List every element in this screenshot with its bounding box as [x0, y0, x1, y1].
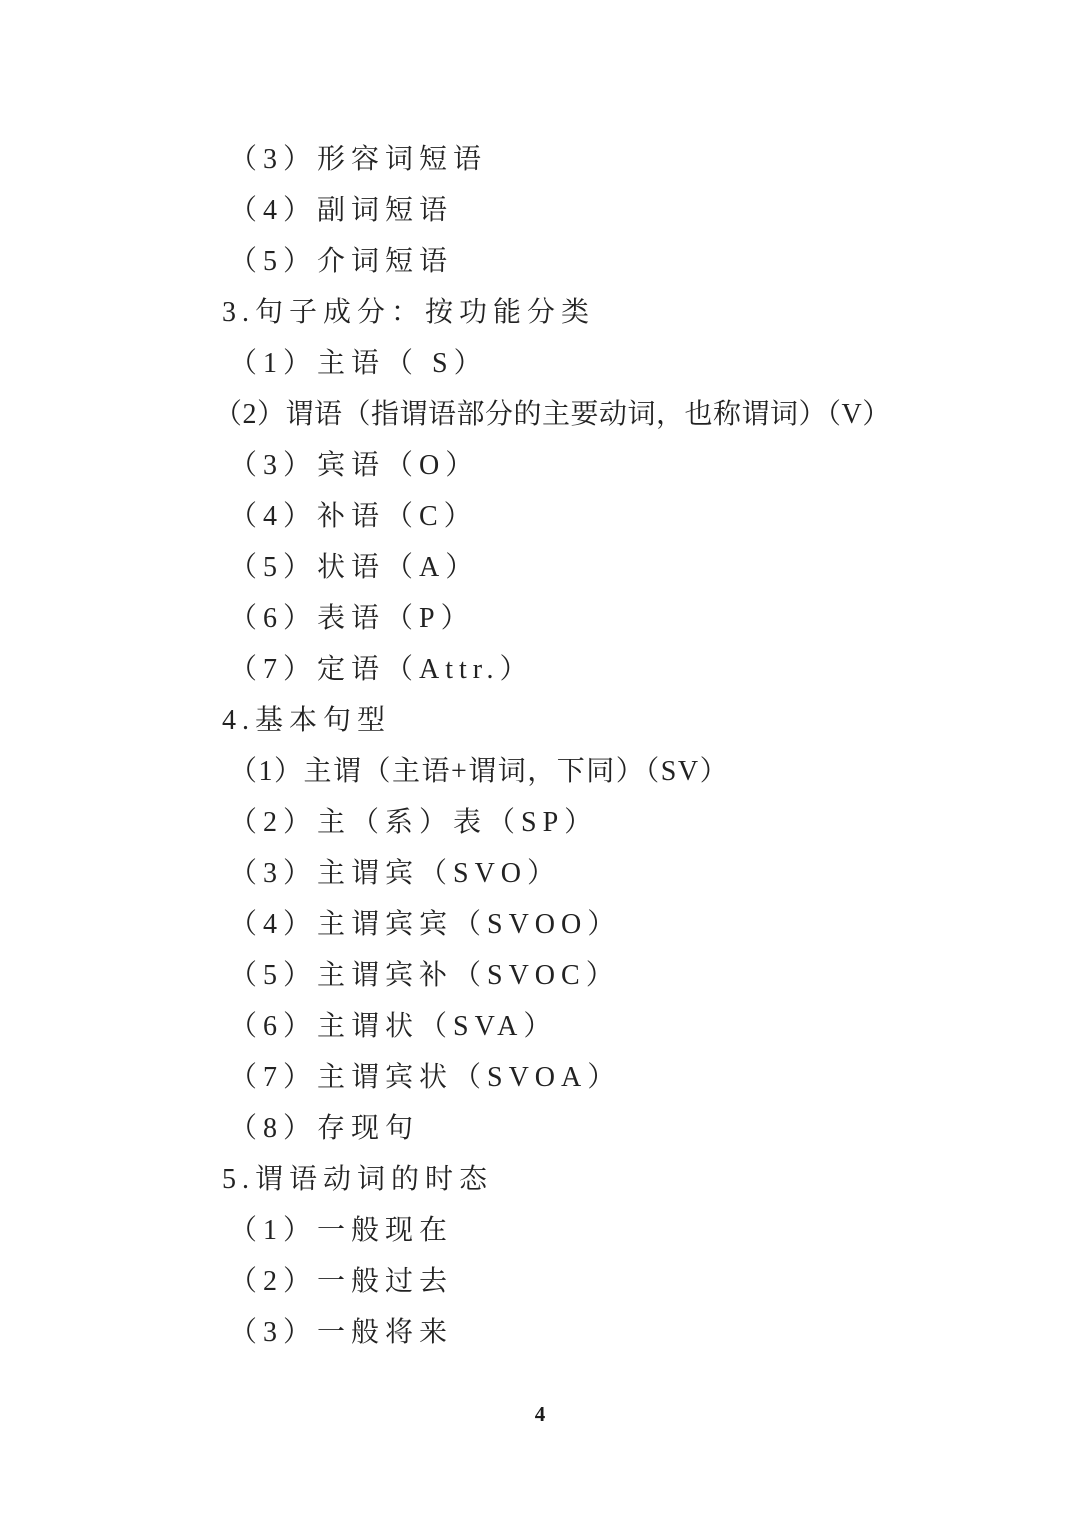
- line-text: （2）谓语（指谓语部分的主要动词，也称谓词）（V）: [214, 392, 891, 432]
- document-line: 5.谓语动词的时态: [0, 1151, 1080, 1202]
- line-text: （4）补语（C）: [229, 494, 478, 534]
- line-text: （3）形容词短语: [229, 137, 487, 177]
- line-text: （7）主谓宾状（SVOA）: [229, 1055, 621, 1095]
- line-text: （4）主谓宾宾（SVOO）: [229, 902, 621, 942]
- document-line: （7）主谓宾状（SVOA）: [0, 1049, 1080, 1100]
- document-line: （4）副词短语: [0, 182, 1080, 233]
- document-line: （1）主谓（主语+谓词，下同）（SV）: [0, 743, 1080, 794]
- line-text: （5）主谓宾补（SVOC）: [229, 953, 620, 993]
- line-text: （2）主（系）表（SP）: [229, 800, 598, 840]
- document-line: （3）形容词短语: [0, 131, 1080, 182]
- line-text: （7）定语（Attr.）: [229, 647, 534, 687]
- document-line: （6）表语（P）: [0, 590, 1080, 641]
- line-text: （1）一般现在: [229, 1208, 453, 1248]
- line-text: 3.句子成分：按功能分类: [222, 290, 595, 330]
- line-text: （6）主谓状（SVA）: [229, 1004, 557, 1044]
- line-text: （6）表语（P）: [229, 596, 475, 636]
- line-text: （3）宾语（O）: [229, 443, 479, 483]
- page-footer: 4: [0, 1402, 1080, 1427]
- document-line: （7）定语（Attr.）: [0, 641, 1080, 692]
- document-line: （3）宾语（O）: [0, 437, 1080, 488]
- document-line: （4）补语（C）: [0, 488, 1080, 539]
- document-page: （3）形容词短语（4）副词短语（5）介词短语3.句子成分：按功能分类（1）主语（…: [0, 0, 1080, 1527]
- document-line: （5）介词短语: [0, 233, 1080, 284]
- document-line: 3.句子成分：按功能分类: [0, 284, 1080, 335]
- document-line: （2）主（系）表（SP）: [0, 794, 1080, 845]
- document-line: （2）谓语（指谓语部分的主要动词，也称谓词）（V）: [0, 386, 1080, 437]
- document-line: 4.基本句型: [0, 692, 1080, 743]
- line-text: 5.谓语动词的时态: [222, 1157, 493, 1197]
- document-line: （1）主语（ S）: [0, 335, 1080, 386]
- line-text: （5）介词短语: [229, 239, 453, 279]
- document-line: （5）主谓宾补（SVOC）: [0, 947, 1080, 998]
- document-line: （5）状语（A）: [0, 539, 1080, 590]
- line-text: （8）存现句: [229, 1106, 419, 1146]
- line-text: （4）副词短语: [229, 188, 453, 228]
- document-line: （8）存现句: [0, 1100, 1080, 1151]
- line-text: （1）主谓（主语+谓词，下同）（SV）: [229, 749, 729, 789]
- document-line: （2）一般过去: [0, 1253, 1080, 1304]
- document-line: （3）主谓宾（SVO）: [0, 845, 1080, 896]
- document-line: （3）一般将来: [0, 1304, 1080, 1355]
- document-line: （6）主谓状（SVA）: [0, 998, 1080, 1049]
- line-text: （2）一般过去: [229, 1259, 453, 1299]
- document-body: （3）形容词短语（4）副词短语（5）介词短语3.句子成分：按功能分类（1）主语（…: [0, 0, 1080, 1355]
- document-line: （1）一般现在: [0, 1202, 1080, 1253]
- line-text: （3）主谓宾（SVO）: [229, 851, 561, 891]
- document-line: （4）主谓宾宾（SVOO）: [0, 896, 1080, 947]
- line-text: （1）主语（ S）: [229, 341, 488, 381]
- line-text: （3）一般将来: [229, 1310, 453, 1350]
- line-text: 4.基本句型: [222, 698, 391, 738]
- line-text: （5）状语（A）: [229, 545, 479, 585]
- page-number: 4: [535, 1402, 546, 1426]
